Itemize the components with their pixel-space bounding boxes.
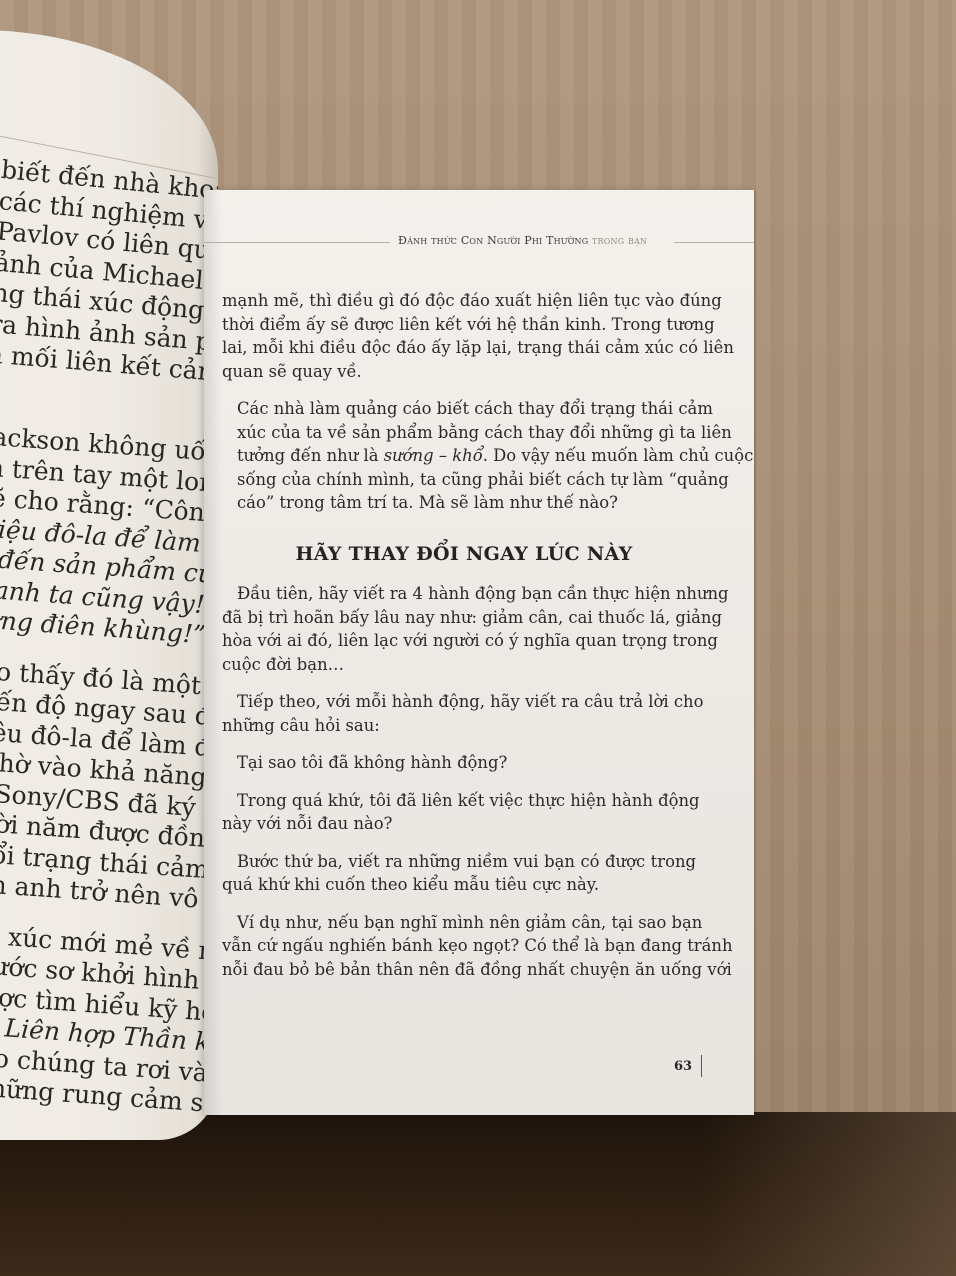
running-head-part2: Con Người Phi Thường <box>461 234 588 247</box>
text-line: xúc của ta về sản phẩm bằng cách thay đổ… <box>222 421 696 445</box>
text-line: sống của chính mình, ta cũng phải biết c… <box>222 468 696 492</box>
page-number-rule <box>701 1055 702 1077</box>
running-head-text: Đánh thức Con Người Phi Thường trong bạn <box>398 234 678 247</box>
page-number: 63 <box>674 1059 692 1074</box>
text-line: mạnh mẽ, thì điều gì đó độc đáo xuất hiệ… <box>222 289 696 313</box>
text-line: Trong quá khứ, tôi đã liên kết việc thực… <box>222 789 696 813</box>
paragraph-5: Tại sao tôi đã không hành động? <box>222 751 696 775</box>
text-line: vẫn cứ ngấu nghiến bánh kẹo ngọt? Có thể… <box>222 934 696 958</box>
text-line: Các nhà làm quảng cáo biết cách thay đổi… <box>222 397 696 421</box>
section-heading: HÃY THAY ĐỔI NGAY LÚC NÀY <box>222 543 696 567</box>
running-head-part3: trong bạn <box>592 234 647 247</box>
text-line: Ví dụ như, nếu bạn nghĩ mình nên giảm câ… <box>222 911 696 935</box>
text-line: Đầu tiên, hãy viết ra 4 hành động bạn cầ… <box>222 582 696 606</box>
text-line-with-italic: tưởng đến như là sướng – khổ. Do vậy nếu… <box>222 444 696 468</box>
paragraph-6: Trong quá khứ, tôi đã liên kết việc thực… <box>222 789 696 836</box>
paragraph-7: Bước thứ ba, viết ra những niềm vui bạn … <box>222 850 696 897</box>
text-line: lai, mỗi khi điều độc đáo ấy lặp lại, tr… <box>222 336 696 360</box>
text-line: cáo” trong tâm trí ta. Mà sẽ làm như thế… <box>222 491 696 515</box>
running-head-rule-right <box>674 242 754 243</box>
paragraph-8: Ví dụ như, nếu bạn nghĩ mình nên giảm câ… <box>222 911 696 982</box>
text-line: đã bị trì hoãn bấy lâu nay như: giảm cân… <box>222 606 696 630</box>
running-head-rule-left <box>204 242 390 243</box>
text-line: cuộc đời bạn… <box>222 653 696 677</box>
running-head: Đánh thức Con Người Phi Thường trong bạn <box>204 234 754 250</box>
right-page: Đánh thức Con Người Phi Thường trong bạn… <box>204 190 754 1115</box>
shadow-fade <box>700 1112 956 1276</box>
text-line: thời điểm ấy sẽ được liên kết với hệ thầ… <box>222 313 696 337</box>
text-line: Tiếp theo, với mỗi hành động, hãy viết r… <box>222 690 696 714</box>
text-line: Bước thứ ba, viết ra những niềm vui bạn … <box>222 850 696 874</box>
paragraph-1: mạnh mẽ, thì điều gì đó độc đáo xuất hiệ… <box>222 289 696 383</box>
paragraph-3: Đầu tiên, hãy viết ra 4 hành động bạn cầ… <box>222 582 696 676</box>
text-segment: . Do vậy nếu muốn làm chủ cuộc <box>483 446 754 465</box>
italic-phrase: sướng – khổ <box>384 446 483 465</box>
text-line: này với nỗi đau nào? <box>222 812 696 836</box>
text-line: quan sẽ quay về. <box>222 360 696 384</box>
left-page-text: biết đến nhà khoa học ngưcác thí nghiệm … <box>0 158 218 1117</box>
text-line: Tại sao tôi đã không hành động? <box>222 751 696 775</box>
paragraph-4: Tiếp theo, với mỗi hành động, hãy viết r… <box>222 690 696 737</box>
running-head-part1: Đánh thức <box>398 234 457 247</box>
text-line: nỗi đau bỏ bê bản thân nên đã đồng nhất … <box>222 958 696 982</box>
left-page: biết đến nhà khoa học ngưcác thí nghiệm … <box>0 30 218 1140</box>
body-text: mạnh mẽ, thì điều gì đó độc đáo xuất hiệ… <box>222 289 696 995</box>
page-edge <box>754 190 756 1115</box>
paragraph-2: Các nhà làm quảng cáo biết cách thay đổi… <box>222 397 696 515</box>
text-line: quá khứ khi cuốn theo kiểu mẫu tiêu cực … <box>222 873 696 897</box>
text-line: những câu hỏi sau: <box>222 714 696 738</box>
text-segment: tưởng đến như là <box>237 446 384 465</box>
text-line: hòa với ai đó, liên lạc với người có ý n… <box>222 629 696 653</box>
page-gutter <box>204 190 222 1115</box>
